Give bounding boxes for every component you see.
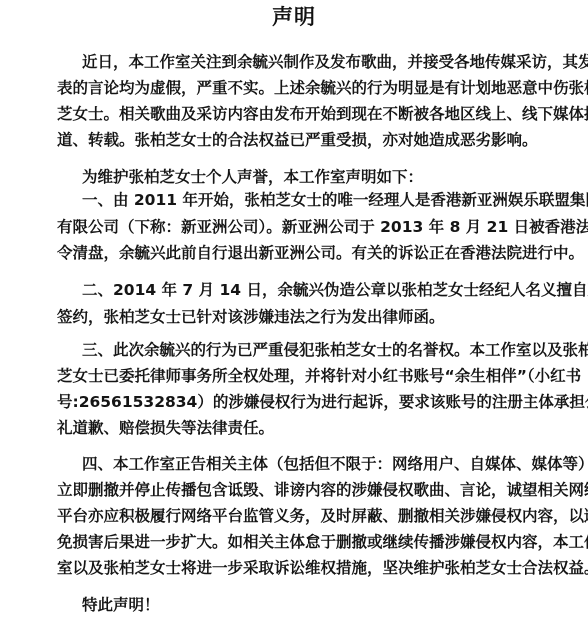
document-title: 声明 bbox=[0, 4, 588, 30]
point-4-line-3: 平台亦应积极履行网络平台监管义务，及时屏蔽、删撤相关涉嫌侵权内容，以避 bbox=[57, 506, 512, 526]
point-3-line-2: 芝女士已委托律师事务所全权处理，并将针对小红书账号“余生相伴”（小红书 bbox=[57, 366, 512, 386]
point-4-line-1: 四、本工作室正告相关主体（包括但不限于：网络用户、自媒体、媒体等） bbox=[82, 454, 512, 474]
point-2-line-1: 二、2014 年 7 月 14 日，余毓兴伪造公章以张柏芝女士经纪人名义擅自对外 bbox=[82, 280, 512, 300]
point-3-line-1: 三、此次余毓兴的行为已严重侵犯张柏芝女士的名誉权。本工作室以及张柏 bbox=[82, 340, 512, 360]
intro-line-3: 芝女士。相关歌曲及采访内容由发布开始到现在不断被各地区线上、线下媒体报 bbox=[57, 104, 512, 124]
closing-line: 特此声明！ bbox=[82, 595, 512, 615]
point-1-line-2: 有限公司（下称：新亚洲公司）。新亚洲公司于 2013 年 8 月 21 日被香港… bbox=[57, 217, 512, 237]
point-4-line-5: 室以及张柏芝女士将进一步采取诉讼维权措施，坚决维护张柏芝女士合法权益。 bbox=[57, 558, 512, 578]
statement-document: 声明 近日，本工作室关注到余毓兴制作及发布歌曲，并接受各地传媒采访，其发 表的言… bbox=[0, 0, 588, 634]
point-4-line-2: 立即删撤并停止传播包含诋毁、诽谤内容的涉嫌侵权歌曲、言论，诚望相关网络 bbox=[57, 480, 512, 500]
intro-line-2: 表的言论均为虚假，严重不实。上述余毓兴的行为明显是有计划地恶意中伤张柏 bbox=[57, 78, 512, 98]
preamble-line: 为维护张柏芝女士个人声誉，本工作室声明如下： bbox=[82, 167, 512, 187]
point-3-line-3: 号:26561532834）的涉嫌侵权行为进行起诉，要求该账号的注册主体承担公开… bbox=[57, 392, 512, 412]
point-3-line-4: 礼道歉、赔偿损失等法律责任。 bbox=[57, 418, 512, 438]
point-2-line-2: 签约，张柏芝女士已针对该涉嫌违法之行为发出律师函。 bbox=[57, 307, 512, 327]
point-4-line-4: 免损害后果进一步扩大。如相关主体怠于删撤或继续传播涉嫌侵权内容，本工作 bbox=[57, 532, 512, 552]
point-1-line-3: 令清盘，余毓兴此前自行退出新亚洲公司。有关的诉讼正在香港法院进行中。 bbox=[57, 243, 512, 263]
intro-line-4: 道、转载。张柏芝女士的合法权益已严重受损，亦对她造成恶劣影响。 bbox=[57, 130, 512, 150]
intro-line-1: 近日，本工作室关注到余毓兴制作及发布歌曲，并接受各地传媒采访，其发 bbox=[82, 52, 512, 72]
point-1-line-1: 一、由 2011 年开始，张柏芝女士的唯一经理人是香港新亚洲娱乐联盟集团 bbox=[82, 190, 512, 210]
